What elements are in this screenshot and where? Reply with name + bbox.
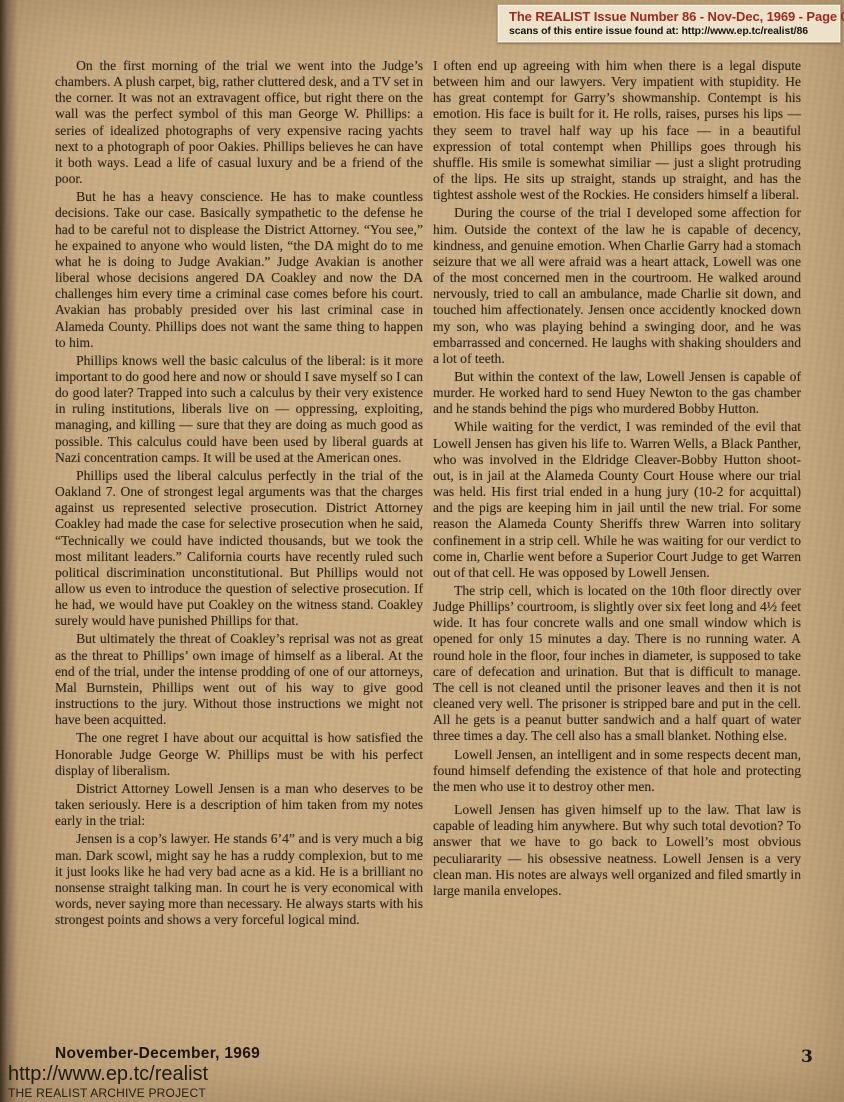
paragraph: The strip cell, which is located on the … xyxy=(433,583,801,745)
paragraph: But he has a heavy conscience. He has to… xyxy=(55,189,423,351)
paragraph: Lowell Jensen, an intelligent and in som… xyxy=(433,747,801,795)
paragraph: But within the context of the law, Lowel… xyxy=(433,369,801,417)
paragraph: During the course of the trial I develop… xyxy=(433,205,801,367)
scan-badge-title: The REALIST Issue Number 86 - Nov-Dec, 1… xyxy=(509,9,831,24)
page-number: 3 xyxy=(801,1047,813,1067)
paragraph: Phillips used the liberal calculus perfe… xyxy=(55,468,423,630)
left-text-column: On the first morning of the trial we wen… xyxy=(55,58,423,928)
right-text-column: I often end up agreeing with him when th… xyxy=(433,58,801,899)
scanned-magazine-page: The REALIST Issue Number 86 - Nov-Dec, 1… xyxy=(0,0,844,1102)
paragraph: Lowell Jensen has given himself up to th… xyxy=(433,802,801,899)
paragraph: Jensen is a cop’s lawyer. He stands 6’4”… xyxy=(55,831,423,928)
paragraph: I often end up agreeing with him when th… xyxy=(433,58,801,203)
paragraph: Phillips knows well the basic calculus o… xyxy=(55,353,423,466)
paragraph: District Attorney Lowell Jensen is a man… xyxy=(55,781,423,829)
paragraph: On the first morning of the trial we wen… xyxy=(55,58,423,187)
footer-archive-url: http://www.ep.tc/realist xyxy=(8,1063,208,1086)
footer-issue-date: November-December, 1969 xyxy=(55,1045,260,1063)
footer-archive-project-label: THE REALIST ARCHIVE PROJECT xyxy=(8,1086,206,1100)
page-edge-shadow xyxy=(0,0,18,1102)
paragraph: But ultimately the threat of Coakley’s r… xyxy=(55,631,423,728)
scan-badge-subtitle: scans of this entire issue found at: htt… xyxy=(509,25,831,37)
scan-info-badge: The REALIST Issue Number 86 - Nov-Dec, 1… xyxy=(497,4,841,43)
paragraph: While waiting for the verdict, I was rem… xyxy=(433,419,801,581)
paragraph: The one regret I have about our acquitta… xyxy=(55,730,423,778)
